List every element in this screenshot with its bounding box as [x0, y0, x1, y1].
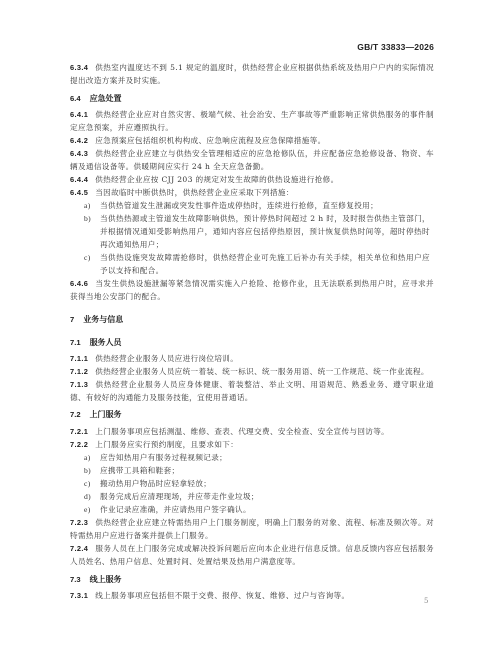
list-item: c)当供热设施突发故障需抢修时，供热经营企业可先施工后补办有关手续，相关单位和热…	[84, 251, 434, 277]
section-heading-7-3: 7.3线上服务	[70, 574, 122, 585]
clause-6-4-3: 6.4.3供热经营企业应建立与供热安全管理相适应的应急抢修队伍，并应配备应急抢修…	[70, 147, 434, 173]
list-item: d)服务完成后应清理现场，并应带走作业垃圾；	[84, 490, 434, 503]
chapter-heading-7: 7业务与信息	[70, 314, 123, 325]
list-item: b)应携带工具箱和鞋套；	[84, 464, 434, 477]
clause-6-4-4: 6.4.4供热经营企业应按 CJJ 203 的规定对发生故障的供热设施进行抢修。	[70, 173, 434, 186]
clause-7-2-2: 7.2.2上门服务应实行预约制度，且要求如下：	[70, 438, 434, 451]
standard-header: GB/T 33833—2026	[357, 42, 434, 52]
clause-6-4-2: 6.4.2应急预案应包括组织机构构成、应急响应流程及应急保障措施等。	[70, 134, 434, 147]
section-heading-6-4: 6.4应急处置	[70, 93, 122, 104]
list-item: e)作业记录应准确，并应请热用户签字确认。	[84, 503, 434, 516]
page-number: 5	[424, 597, 428, 605]
section-heading-7-2: 7.2上门服务	[70, 409, 122, 420]
section-heading-7-1: 7.1服务人员	[70, 337, 122, 348]
clause-7-2-1: 7.2.1上门服务事项应包括测温、维修、查表、代理交费、安全检查、安全宣传与回访…	[70, 425, 434, 438]
list-item: b)当供热热源或主管道发生故障影响供热，预计停热时间超过 2 h 时，及时报告供…	[84, 212, 434, 252]
clause-6-4-6: 6.4.6当发生供热设施泄漏等紧急情况需实施入户抢险、抢修作业，且无法联系到热用…	[70, 277, 434, 303]
list-item: c)搬动热用户物品时应轻拿轻放；	[84, 477, 434, 490]
clause-7-3-1: 7.3.1线上服务事项应包括但不限于交费、报停、恢复、维修、过户与咨询等。	[70, 589, 434, 602]
clause-6-4-5: 6.4.5当因故临时中断供热时，供热经营企业应采取下列措施：	[70, 186, 434, 199]
clause-7-2-4: 7.2.4服务人员在上门服务完成或解决投诉问题后应向本企业进行信息反馈。信息反馈…	[70, 542, 434, 568]
clause-7-1-1: 7.1.1供热经营企业服务人员应进行岗位培训。	[70, 352, 434, 365]
clause-7-1-2: 7.1.2供热经营企业服务人员应统一着装、统一标识、统一服务用语、统一工作规范、…	[70, 365, 434, 378]
clause-7-2-3: 7.2.3供热经营企业应建立特需热用户上门服务制度，明确上门服务的对象、流程、标…	[70, 516, 434, 542]
list-item: a)应告知热用户有服务过程视频记录；	[84, 451, 434, 464]
clause-7-1-3: 7.1.3供热经营企业服务人员应身体健康、着装整洁、举止文明、用语规范、熟悉业务…	[70, 378, 434, 404]
list-item: a)当供热管道发生泄漏或突发性事件造成停热时，连续进行抢修，直至修复投用；	[84, 199, 434, 212]
clause-6-3-4: 6.3.4供热室内温度达不到 5.1 规定的温度时，供热经营企业应根据供热系统及…	[70, 61, 434, 87]
clause-6-4-1: 6.4.1供热经营企业应对自然灾害、极端气候、社会治安、生产事故等严重影响正常供…	[70, 108, 434, 134]
